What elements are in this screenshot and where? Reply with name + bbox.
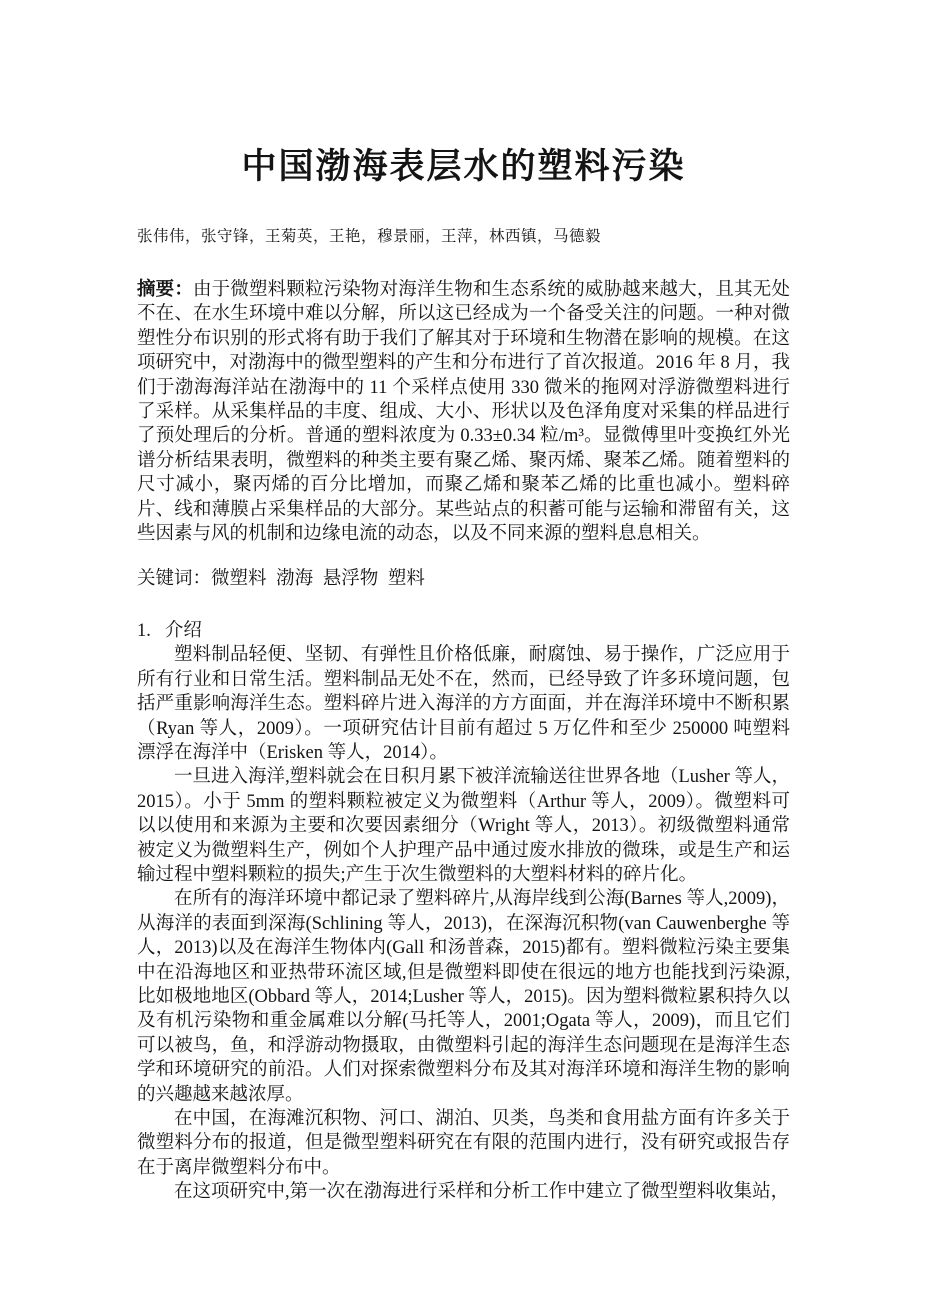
intro-paragraph-1: 塑料制品轻便、坚韧、有弹性且价格低廉，耐腐蚀、易于操作，广泛应用于所有行业和日常… [137,643,790,765]
keywords-label: 关键词： [137,569,211,589]
authors-line: 张伟伟，张守锋，王菊英，王艳，穆景丽，王萍，林西镇，马德毅 [137,226,790,248]
keywords-text: 微塑料 渤海 悬浮物 塑料 [211,569,425,589]
intro-paragraph-4: 在中国，在海滩沉积物、河口、湖泊、贝类，鸟类和食用盐方面有许多关于微塑料分布的报… [137,1107,790,1180]
abstract-text: 由于微塑料颗粒污染物对海洋生物和生态系统的威胁越来越大，且其无处不在、在水生环境… [137,280,790,544]
keywords-line: 关键词：微塑料 渤海 悬浮物 塑料 [137,567,790,591]
abstract-label: 摘要： [137,280,193,300]
intro-paragraph-5: 在这项研究中,第一次在渤海进行采样和分析工作中建立了微型塑料收集站， [137,1180,790,1204]
paper-page: 中国渤海表层水的塑料污染 张伟伟，张守锋，王菊英，王艳，穆景丽，王萍，林西镇，马… [0,0,926,1309]
section-heading: 1.介绍 [137,619,790,643]
intro-paragraph-2: 一旦进入海洋,塑料就会在日积月累下被洋流输送往世界各地（Lusher 等人，20… [137,765,790,887]
intro-paragraph-3: 在所有的海洋环境中都记录了塑料碎片,从海岸线到公海(Barnes 等人,2009… [137,887,790,1107]
section-title: 介绍 [165,621,202,641]
abstract: 摘要：由于微塑料颗粒污染物对海洋生物和生态系统的威胁越来越大，且其无处不在、在水… [137,278,790,546]
section-number: 1. [137,619,151,643]
paper-title: 中国渤海表层水的塑料污染 [137,143,790,190]
